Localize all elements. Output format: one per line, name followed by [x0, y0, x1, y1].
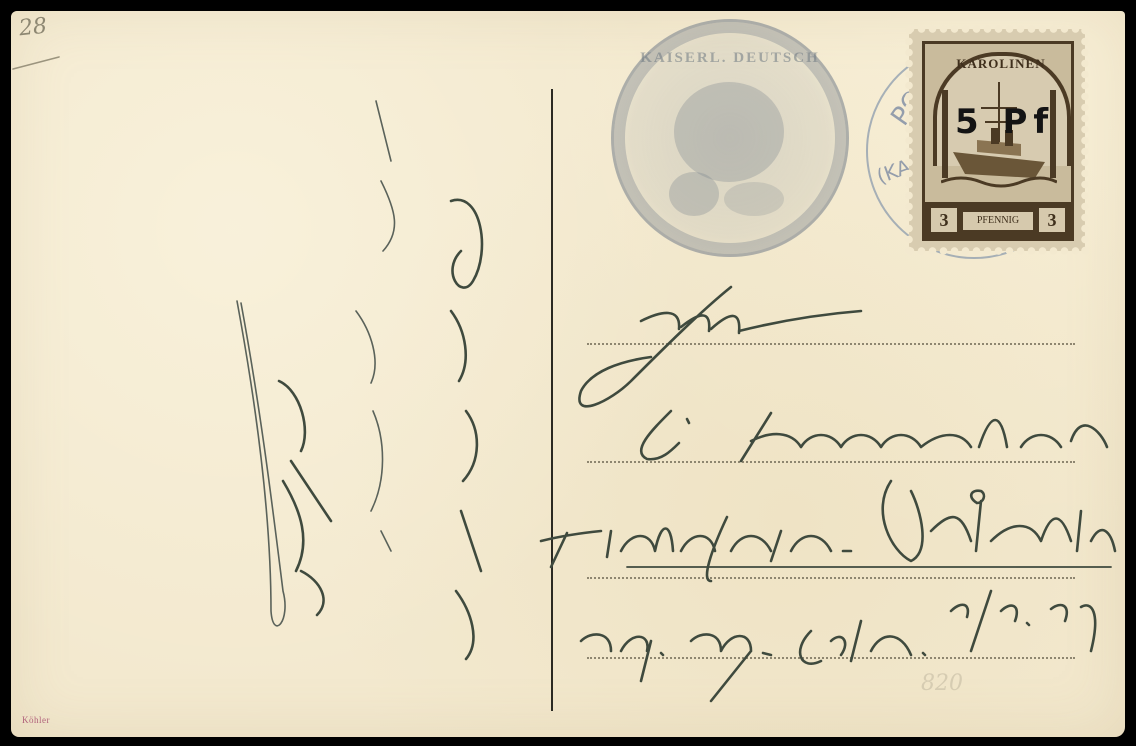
cachet-eagle-icon: [674, 82, 784, 182]
stamp-perforation-left: [905, 25, 913, 255]
stamp-value-right: 3: [1039, 208, 1065, 232]
address-line-1: [587, 343, 1075, 345]
message-text: [237, 101, 482, 659]
postage-stamp: KAROLINEN 5 Pf 3 PFENNIG 3: [909, 29, 1085, 251]
stamp-value-tablet: 3 PFENNIG 3: [925, 202, 1071, 238]
postcard: 28 KAISERL. DEUTSCH PO E (KAR 2 10 KAROL…: [11, 11, 1125, 737]
printer-mark: Köhler: [22, 715, 50, 725]
pencil-note-top-left: 28: [18, 14, 48, 42]
pencil-note-bottom: 820: [921, 671, 963, 696]
card-divider: [551, 89, 553, 711]
cachet-ornament-icon: [724, 182, 784, 216]
address-river-script: [951, 591, 1095, 651]
stamp-overprint: 5 Pf: [955, 102, 1054, 142]
address-town-script: [541, 481, 1115, 581]
cachet-seal: KAISERL. DEUTSCH: [611, 19, 849, 257]
stamp-value-left: 3: [931, 208, 957, 232]
address-line-2: [587, 461, 1075, 463]
address-line-4: [587, 657, 1075, 659]
stamp-currency: PFENNIG: [963, 212, 1033, 230]
stamp-frame: KAROLINEN 5 Pf 3 PFENNIG 3: [922, 41, 1074, 241]
address-name-script: [641, 411, 1107, 461]
address-salutation-script: [579, 287, 861, 406]
stamp-country: KAROLINEN: [925, 56, 1077, 72]
cachet-crown-icon: [669, 172, 719, 216]
cachet-text: KAISERL. DEUTSCH: [614, 50, 846, 67]
address-district-script: [581, 621, 925, 701]
stamp-perforation-right: [1081, 25, 1089, 255]
address-line-3: [587, 577, 1075, 579]
